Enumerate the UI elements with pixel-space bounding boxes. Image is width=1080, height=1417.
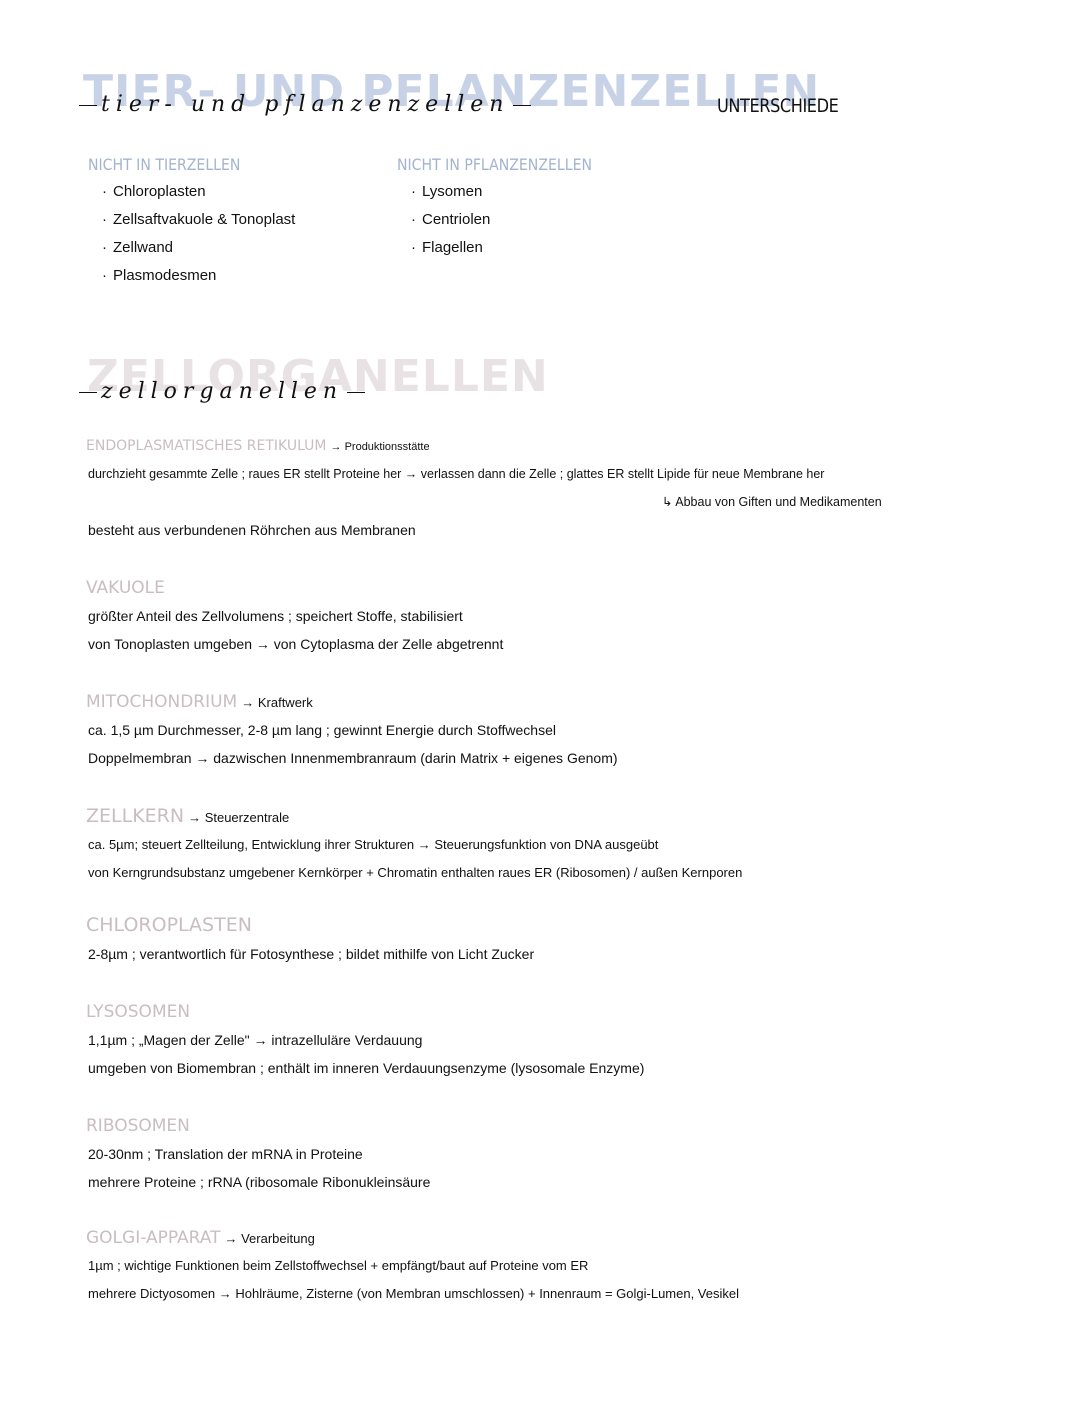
section-heading: VAKUOLE — [86, 578, 503, 598]
section-line: 2-8µm ; verantwortlich für Fotosynthese … — [88, 940, 534, 968]
section-line: ca. 5µm; steuert Zellteilung, Entwicklun… — [88, 831, 742, 859]
section-heading: LYSOSOMEN — [86, 1002, 644, 1022]
section-line: von Kerngrundsubstanz umgebener Kernkörp… — [88, 859, 742, 887]
section-title: RIBOSOMEN — [86, 1116, 190, 1136]
section-line: 20-30nm ; Translation der mRNA in Protei… — [88, 1140, 430, 1168]
list-item: Flagellen — [411, 238, 619, 266]
list-item: Chloroplasten — [102, 182, 295, 210]
column-heading: NICHT IN PFLANZENZELLEN — [397, 155, 592, 174]
section-line: größter Anteil des Zellvolumens ; speich… — [88, 602, 503, 630]
section-ribosomen: RIBOSOMEN 20-30nm ; Translation der mRNA… — [86, 1116, 430, 1196]
list-item: Zellsaftvakuole & Tonoplast — [102, 210, 295, 238]
list-item: Lysomen — [411, 182, 619, 210]
section-zellkern: ZELLKERN → Steuerzentrale ca. 5µm; steue… — [86, 805, 742, 887]
section-title: ZELLKERN — [86, 805, 184, 827]
section-line: von Tonoplasten umgeben → von Cytoplasma… — [88, 630, 503, 658]
section-tag: → Produktionsstätte — [331, 441, 430, 453]
column-not-in-plant-cells: NICHT IN PFLANZENZELLEN Lysomen Centriol… — [397, 155, 619, 266]
title-tier-und-pflanzenzellen: TIER- UND PFLANZENZELLEN tier- und pflan… — [75, 70, 855, 120]
section-lysosomen: LYSOSOMEN 1,1µm ; „Magen der Zelle" → in… — [86, 1002, 644, 1082]
section-title: VAKUOLE — [86, 578, 165, 598]
section-mitochondrium: MITOCHONDRIUM → Kraftwerk ca. 1,5 µm Dur… — [86, 692, 618, 772]
title-script-text: tier- und pflanzenzellen — [75, 92, 535, 117]
section-line: ↳ Abbau von Giften und Medikamenten — [662, 488, 882, 516]
section-line: umgeben von Biomembran ; enthält im inne… — [88, 1054, 644, 1082]
section-tag: → Verarbeitung — [224, 1231, 314, 1246]
list-not-in-animal-cells: Chloroplasten Zellsaftvakuole & Tonoplas… — [88, 182, 295, 294]
section-title: CHLOROPLASTEN — [86, 914, 252, 936]
section-heading: MITOCHONDRIUM → Kraftwerk — [86, 692, 618, 712]
list-item: Centriolen — [411, 210, 619, 238]
section-line: mehrere Proteine ; rRNA (ribosomale Ribo… — [88, 1168, 430, 1196]
section-line: durchzieht gesammte Zelle ; raues ER ste… — [88, 460, 882, 488]
list-not-in-plant-cells: Lysomen Centriolen Flagellen — [397, 182, 619, 266]
list-item: Zellwand — [102, 238, 295, 266]
section-title: MITOCHONDRIUM — [86, 692, 237, 712]
section-tag: → Steuerzentrale — [188, 810, 289, 825]
section-heading: ENDOPLASMATISCHES RETIKULUM → Produktion… — [86, 438, 882, 454]
section-heading: RIBOSOMEN — [86, 1116, 430, 1136]
section-tag: → Kraftwerk — [241, 695, 313, 710]
section-heading: CHLOROPLASTEN — [86, 914, 534, 936]
column-not-in-animal-cells: NICHT IN TIERZELLEN Chloroplasten Zellsa… — [88, 155, 295, 294]
section-line: 1,1µm ; „Magen der Zelle" → intrazellulä… — [88, 1026, 644, 1054]
section-heading: GOLGI-APPARAT → Verarbeitung — [86, 1228, 739, 1248]
section-golgi-apparat: GOLGI-APPARAT → Verarbeitung 1µm ; wicht… — [86, 1228, 739, 1308]
section-heading: ZELLKERN → Steuerzentrale — [86, 805, 742, 827]
section-vakuole: VAKUOLE größter Anteil des Zellvolumens … — [86, 578, 503, 658]
section-line: besteht aus verbundenen Röhrchen aus Mem… — [88, 516, 882, 544]
title-side-label: UNTERSCHIEDE — [717, 95, 838, 117]
section-title: ENDOPLASMATISCHES RETIKULUM — [86, 438, 327, 454]
title-script-text: zellorganellen — [75, 379, 369, 404]
section-line: mehrere Dictyosomen → Hohlräume, Zistern… — [88, 1280, 739, 1308]
section-chloroplasten: CHLOROPLASTEN 2-8µm ; verantwortlich für… — [86, 914, 534, 968]
section-title: LYSOSOMEN — [86, 1002, 190, 1022]
section-line: 1µm ; wichtige Funktionen beim Zellstoff… — [88, 1252, 739, 1280]
section-endoplasmatisches-retikulum: ENDOPLASMATISCHES RETIKULUM → Produktion… — [86, 438, 882, 544]
section-line: Doppelmembran → dazwischen Innenmembranr… — [88, 744, 618, 772]
title-zellorganellen: ZELLORGANELLEN zellorganellen — [75, 355, 555, 405]
column-heading: NICHT IN TIERZELLEN — [88, 155, 270, 174]
section-line: ca. 1,5 µm Durchmesser, 2-8 µm lang ; ge… — [88, 716, 618, 744]
list-item: Plasmodesmen — [102, 266, 295, 294]
section-title: GOLGI-APPARAT — [86, 1228, 220, 1248]
